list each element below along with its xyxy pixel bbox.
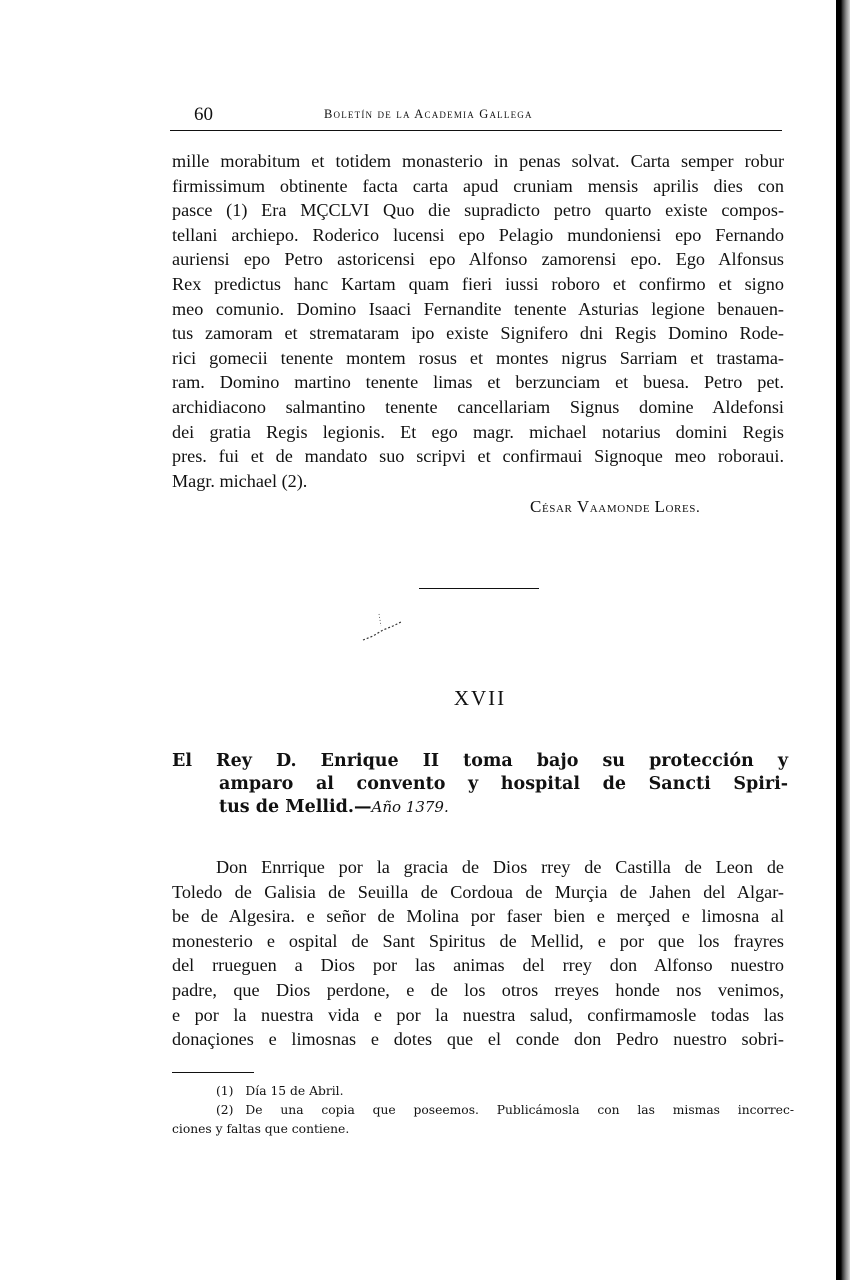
- text-line: tellani archiepo. Roderico lucensi epo P…: [172, 223, 784, 248]
- text-line: firmissimum obtinente facta carta apud c…: [172, 174, 784, 199]
- text-line: dei gratia Regis legionis. Et ego magr. …: [172, 420, 784, 445]
- document-year: Año 1379.: [372, 798, 449, 816]
- page-number: 60: [194, 104, 213, 126]
- running-title: Boletín de la Academia Gallega: [324, 107, 533, 122]
- author-signature: César Vaamonde Lores.: [530, 497, 700, 517]
- header-rule: [170, 130, 782, 131]
- text-line: be de Algesira. e señor de Molina por fa…: [172, 904, 784, 929]
- text-line: tus zamoram et stremataram ipo existe Si…: [172, 321, 784, 346]
- footnote-rule: [172, 1072, 254, 1073]
- scanned-page: 60 Boletín de la Academia Gallega mille …: [0, 0, 850, 1280]
- page-header: 60 Boletín de la Academia Gallega: [172, 104, 782, 126]
- title-line: El Rey D. Enrique II toma bajo su protec…: [172, 750, 788, 773]
- text-line: auriensi epo Petro astoricensi epo Alfon…: [172, 247, 784, 272]
- text-line: e por la nuestra vida e por la nuestra s…: [172, 1003, 784, 1028]
- footnote-2-continued: ciones y faltas que contiene.: [172, 1120, 794, 1139]
- title-line: tus de Mellid.—Año 1379.: [172, 796, 788, 819]
- text-line: del rrueguen a Dios por las animas del r…: [172, 953, 784, 978]
- footnote-2: (2)De una copia que poseemos. Publicámos…: [172, 1101, 794, 1120]
- footnotes: (1)Día 15 de Abril. (2)De una copia que …: [172, 1082, 794, 1139]
- text-line: ram. Domino martino tenente limas et ber…: [172, 370, 784, 395]
- footnote-mark: (2): [216, 1103, 233, 1117]
- scan-smudge-mark: [355, 600, 415, 650]
- spanish-charter-text: Don Enrrique por la gracia de Dios rrey …: [172, 855, 784, 1052]
- text-line: padre, que Dios perdone, e de los otros …: [172, 978, 784, 1003]
- document-title: El Rey D. Enrique II toma bajo su protec…: [172, 750, 788, 819]
- title-line: amparo al convento y hospital de Sancti …: [172, 773, 788, 796]
- page-edge-shadow: [832, 0, 850, 1280]
- text-line: Rex predictus hanc Kartam quam fieri ius…: [172, 272, 784, 297]
- text-line: monesterio e ospital de Sant Spiritus de…: [172, 929, 784, 954]
- chapter-number: XVII: [0, 686, 850, 711]
- latin-charter-text: mille morabitum et totidem monasterio in…: [172, 149, 784, 493]
- section-divider: [419, 588, 539, 589]
- text-line: archidiacono salmantino tenente cancella…: [172, 395, 784, 420]
- footnote-mark: (1): [216, 1084, 233, 1098]
- text-line: rici gomecii tenente montem rosus et mon…: [172, 346, 784, 371]
- text-line: meo comunio. Domino Isaaci Fernandite te…: [172, 297, 784, 322]
- text-line: pasce (1) Era MÇCLVI Quo die supradicto …: [172, 198, 784, 223]
- text-line: donaçiones e limosnas e dotes que el con…: [172, 1027, 784, 1052]
- text-line: Magr. michael (2).: [172, 469, 784, 494]
- footnote-1: (1)Día 15 de Abril.: [172, 1082, 794, 1101]
- text-line: Toledo de Galisia de Seuilla de Cordoua …: [172, 880, 784, 905]
- text-line: pres. fui et de mandato suo scripvi et c…: [172, 444, 784, 469]
- text-line: mille morabitum et totidem monasterio in…: [172, 149, 784, 174]
- text-line: Don Enrrique por la gracia de Dios rrey …: [172, 855, 784, 880]
